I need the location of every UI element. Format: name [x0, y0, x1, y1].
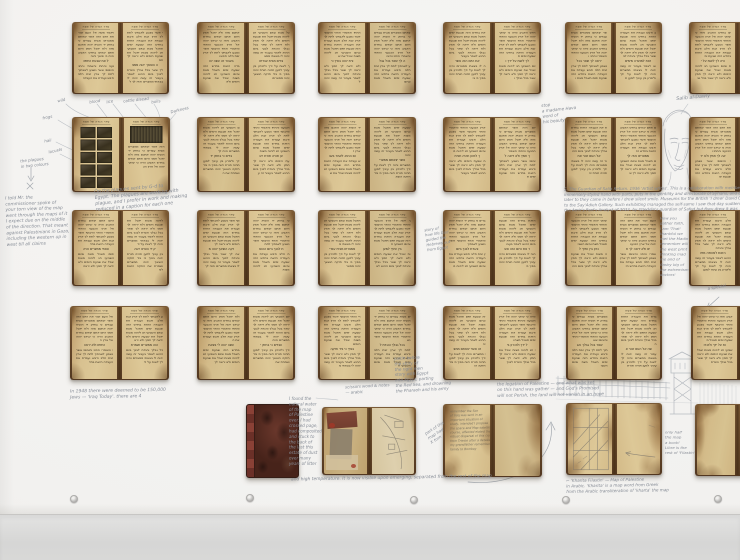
book-r2c6: סדר הגדה של פסחאת היום הזה אשר יצאתם ממצ… — [689, 117, 740, 192]
annotation-label-darkness: Darkness — [170, 110, 207, 121]
hebrew-text: ם תאכל מצת וביום השביעי חג ליהוה מצות יא… — [620, 159, 656, 175]
page-right: סדר הגדה של פסחיום השביעי חג ליהוה מצות … — [249, 307, 294, 379]
page-text-block: סדר הגדה של פסח שבעת ימים תאכל מצת וביום… — [370, 118, 415, 191]
page-left: סדר הגדה של פסחממצרים מבית עבדים כי בחזק… — [568, 307, 612, 379]
page-left: סדר הגדה של פסחשר יצאתם ממצרים מבית עבדי… — [567, 23, 611, 93]
annotation-line: Jews — 'Iraq Today'. there are 4 — [70, 393, 166, 401]
annotation-note-collage: part of thismap hadX torn — [424, 432, 468, 464]
plague-woodcut — [81, 177, 96, 188]
annotation-label-boils: boils — [151, 100, 170, 111]
hebrew-centered-line: עבדים כי בחזק י — [253, 343, 290, 348]
hebrew-centered-line: זאת למועדה מימים — [620, 59, 656, 64]
page-header: סדר הגדה של פסח — [503, 214, 532, 218]
page-right: סדר הגדה של פסחכל מצת וביום השביעי חג לי… — [249, 23, 294, 93]
page-text-block: סדר הגדה של פסחהחתי והאמרי והחוי והיבוסי… — [320, 23, 365, 93]
hebrew-text: הזאת בחדש הזה שבעת ימים תאכל מצת וביום ה… — [499, 219, 536, 247]
book-r3c3: סדר הגדה של פסחתאכל מצת וביום השביעי חג … — [318, 210, 416, 286]
hebrew-centered-line: ים ולא יראה לך ח — [620, 247, 656, 252]
page-text-block: סדר הגדה של פסח אל העם זכור את היום הזה … — [72, 307, 117, 379]
wall-below-board — [0, 514, 740, 560]
annotation-line: from the Arabic transliteration of 'khar… — [566, 487, 669, 494]
hebrew-text: עבור זה עשה יהוה לי בצאתי ממצרים והיה לך… — [621, 352, 657, 368]
plague-woodcut — [81, 127, 96, 138]
page-header: סדר הגדה של פסח — [625, 310, 653, 314]
plague-woodcut — [81, 140, 96, 151]
page-right: סדר הגדה של פסחהזאת בחדש הזה שבעת ימים ת… — [495, 211, 540, 285]
hebrew-text: זה שבעת ימים תאכל מצת וביום השביעי חג לי… — [449, 315, 486, 347]
annotation-text: story ofhow life Godguided theHebrews ou… — [424, 225, 451, 253]
page-header: סדר הגדה של פסח — [207, 310, 236, 314]
hebrew-text: כל מצת וביום השביעי חג ליהוה מצות יאכל א… — [253, 31, 290, 59]
hebrew-centered-line: הימים ולא יראה — [76, 343, 113, 348]
gallery-photo-scene: סדר הגדה של פסחויאמר משה אל העם זכור את … — [0, 0, 740, 560]
page-header: סדר הגדה של פסח — [378, 214, 407, 218]
page-header: סדר הגדה של פסח — [699, 26, 727, 30]
page-text-block: סדר הגדה של פסחויאמר משה אל העם זכור את … — [74, 23, 118, 93]
page-text-block: סדר הגדה של פסחרי והחוי והיבוסי אשר נשבע… — [320, 307, 365, 379]
book-r1c5: סדר הגדה של פסחשר יצאתם ממצרים מבית עבדי… — [565, 22, 662, 94]
hebrew-text: אה לך שאר בכל גבלך והגדת לבנך ביום ההוא … — [203, 252, 240, 268]
annotation-line: west till all claims — [7, 240, 70, 248]
hebrew-text: ולא יראה לך חמץ ולא יראה לך שאר בכל גבלך… — [324, 64, 361, 84]
hebrew-centered-line: זקה הוצאך יהוה מ — [203, 247, 240, 252]
hebrew-text: יום השביעי חג ליהוה מצות יאכל את שבעת הי… — [499, 64, 536, 80]
hebrew-text: שביעי חג ליהוה מצות יאכל את שבעת הימים ו… — [697, 348, 733, 364]
page-header: סדר הגדה של פסח — [328, 214, 357, 218]
hebrew-centered-line: ה לך שאר בכל גבל — [374, 59, 411, 64]
annotation-text: In 1948 there were deemed to be 150,000J… — [70, 387, 166, 401]
hebrew-text: ך יהוה אל ארץ הכנעני והחתי והאמרי והחוי … — [374, 219, 411, 247]
hebrew-text: בדת את העבדה הזאת בחדש הזה שבעת ימים תאכ… — [621, 315, 657, 347]
page-left: סדר הגדה של פסחהחתי והאמרי והחוי והיבוסי… — [320, 23, 365, 93]
annotation-text: only halfthe mapa book!Libre is therest … — [665, 430, 695, 456]
page-header: סדר הגדה של פסח — [257, 121, 286, 125]
hebrew-centered-line: בין עיניך למען — [374, 247, 411, 252]
page-header: סדר הגדה של פסח — [453, 26, 482, 30]
hebrew-text: חדש האביב והיה כי יביאך יהוה אל ארץ הכנע… — [499, 31, 536, 59]
book-r2c1-plagues: סדר הגדה של פסחסדר הגדה של פסחהזה אשר יצ… — [72, 117, 170, 192]
hebrew-text: יבוסי אשר נשבע לאבתיך לתת לך ארץ זבת חלב… — [499, 159, 536, 179]
hebrew-centered-line: היה לך לאות על י — [695, 59, 731, 64]
page-header: סדר הגדה של פסח — [132, 121, 161, 125]
book-gutter — [365, 23, 370, 93]
hebrew-centered-line: ר את היום הזה אש — [499, 247, 536, 252]
hebrew-text: לך לאות על ידך ולזכרון בין עיניך למען תה… — [324, 252, 361, 268]
annotation-text: frogs — [42, 114, 53, 121]
page-header: סדר הגדה של פסח — [207, 121, 236, 125]
hebrew-text: י והאמרי והחוי והיבוסי אשר נשבע לאבתיך ל… — [76, 348, 113, 364]
page-header: סדר הגדה של פסח — [207, 26, 236, 30]
hebrew-centered-line: ום ההוא לאמר בעב — [324, 154, 361, 159]
page-header: סדר הגדה של פסח — [453, 121, 482, 125]
annotation-text: scissors wood & notes— arabic — [345, 383, 390, 396]
book-r4c1: סדר הגדה של פסח אל העם זכור את היום הזה … — [70, 306, 169, 380]
annotation-label-frogs: frogs — [42, 116, 62, 127]
plague-woodcut — [97, 165, 112, 176]
book-gutter — [735, 23, 740, 93]
page-left: סדר הגדה של פסחים בחדש האביב והיה כי יבי… — [691, 23, 735, 93]
annotation-text: blood — [89, 98, 101, 105]
book-gutter — [490, 118, 495, 191]
page-left: סדר הגדה של פסח אתכם מזה ולא יאכל חמץ הי… — [199, 23, 244, 93]
page-right: סדר הגדה של פסח שבעת ימים תאכל מצת וביום… — [370, 118, 415, 191]
hebrew-text: ת וביום השביעי חג ליהוה מצות יאכל את שבע… — [695, 64, 731, 80]
hebrew-text: וא לאמר בעבור זה עשה יהוה לי בצאתי ממצרי… — [620, 64, 656, 80]
page-text-block: סדר הגדה של פסח אתכם מזה ולא יאכל חמץ הי… — [199, 23, 244, 93]
hebrew-centered-line: בפיך כי ביד חזקה — [324, 347, 361, 352]
plague-woodcut — [97, 177, 112, 188]
hebrew-text: ב ודבש ועבדת את העבדה הזאת בחדש הזה שבעת… — [620, 31, 656, 59]
hebrew-text: ם השביעי חג ליהוה מצות יאכל את שבעת הימי… — [203, 126, 240, 154]
book-gutter — [490, 211, 495, 285]
page-right: סדר הגדה של פסחצאתם ממצרים מבית עבדים כי… — [370, 23, 415, 93]
page-header: סדר הגדה של פסח — [328, 26, 357, 30]
book-gutter — [244, 23, 249, 93]
annotation-note-madame-hava: stopa madame Havaword ofhis beauty — [541, 103, 610, 147]
page-header: סדר הגדה של פסח — [378, 26, 407, 30]
hebrew-centered-line: את היום הזה אשר — [449, 59, 486, 64]
annotation-line: doctors' — [660, 273, 689, 278]
hebrew-text: והיה כי יביאך יהוה אל ארץ הכנעני והחתי ו… — [499, 315, 536, 343]
page-text-block: סדר הגדה של פסחיום השביעי חג ליהוה מצות … — [249, 307, 294, 379]
hebrew-text: שר יצאתם ממצרים מבית עבדים כי בחזק יד הו… — [571, 31, 607, 59]
page-text-block: סדר הגדה של פסח ולא יאכל חמץ היום אתם יצ… — [199, 307, 244, 379]
page-text-block: סדר הגדה של פסחים בחדש האביב והיה כי יבי… — [691, 23, 735, 93]
page-header: סדר הגדה של פסח — [378, 121, 407, 125]
book-r4c5: סדר הגדה של פסחממצרים מבית עבדים כי בחזק… — [566, 306, 662, 380]
page-header: סדר הגדה של פסח — [624, 121, 652, 125]
hebrew-centered-line: ות על ידך ולזכרו — [697, 343, 733, 348]
book-r1c3: סדר הגדה של פסחהחתי והאמרי והחוי והיבוסי… — [318, 22, 416, 94]
page-header: סדר הגדה של פסח — [699, 121, 727, 125]
page-header: סדר הגדה של פסח — [80, 310, 109, 314]
annotation-text: stopa madame Havaword ofhis beauty — [541, 99, 578, 125]
hebrew-centered-line: ורת יהוה בפיך כי — [324, 59, 361, 64]
hebrew-centered-line: הוה ממצרים ושמרת — [126, 343, 163, 348]
annotation-note-left-margin: I told Mr. thecommissioner spoke ofyour … — [5, 196, 131, 300]
hebrew-centered-line: אה לך חמץ ולא יר — [695, 154, 731, 159]
book-gutter — [365, 307, 370, 379]
page-header: סדר הגדה של פסח — [453, 214, 482, 218]
hebrew-text: לך שאר בכל גבלך והגדת לבנך ביום ההוא לאמ… — [127, 68, 163, 84]
hebrew-text: ממצרים והיה לך לאות על ידך ולזכרון בין ע… — [374, 163, 411, 179]
hebrew-text: יום הזה אשר יצאתם ממצרים מבית עבדים כי ב… — [499, 126, 536, 154]
hebrew-centered-line: בכל גבלך והגדת ל — [374, 343, 411, 348]
hebrew-text: ויאמר משה אל העם זכור את היום הזה אשר יצ… — [78, 31, 114, 59]
annotation-text: ⌐ 'Kharita Filastin' — Map of Palestinei… — [566, 476, 669, 494]
book-r1c2: סדר הגדה של פסח אתכם מזה ולא יאכל חמץ הי… — [197, 22, 295, 94]
page-text-block: סדר הגדה של פסחהזה אשר יצאתם ממצרים מבית… — [124, 118, 169, 191]
annotation-text: S. The Guardian of Salib Return. 1936 'A… — [564, 185, 740, 213]
page-text-block: סדר הגדה של פסחם אתם יצאים בחדש האביב וה… — [616, 118, 660, 191]
annotation-note-scissors: scissors wood & notes— arabic — [345, 385, 434, 406]
hebrew-text: ע לאבתיך לתת לך ארץ זבת חלב ודבש ועבדת א… — [374, 64, 411, 84]
page-text-block: סדר הגדה של פסחך יהוה אל ארץ הכנעני והחת… — [370, 211, 415, 285]
annotation-text: boils — [151, 99, 161, 106]
plague-woodcut — [97, 152, 112, 163]
page-text-block: סדר הגדה של פסחשר יצאתם ממצרים מבית עבדי… — [567, 23, 611, 93]
hebrew-text: נשבע לאבתיך לתת לך ארץ זבת חלב ודבש ועבד… — [571, 64, 607, 80]
annotation-line: wild — [57, 97, 66, 104]
annotation-note-kharita: ⌐ 'Kharita Filastin' — Map of Palestinei… — [566, 478, 740, 510]
book-r2c4: סדר הגדה של פסח ארץ הכנעני והחתי והאמרי … — [443, 117, 541, 192]
book-gutter — [244, 307, 249, 379]
hebrew-text: ש ועבדת את העבדה הזאת בחדש הזה שבעת ימים… — [324, 159, 361, 175]
hebrew-text: בין עיניך למען תהיה תורת יהוה בפיך כי בי… — [127, 252, 163, 272]
annotation-text: wild — [57, 97, 66, 104]
hebrew-text: ת שבעת הימים ולא יראה לך חמץ ולא יראה לך… — [449, 159, 486, 175]
page-right: סדר הגדה של פסחבדת את העבדה הזאת בחדש הז… — [617, 307, 661, 379]
page-text-block: סדר הגדה של פסחכל מצת וביום השביעי חג לי… — [249, 23, 294, 93]
portrait-sketch — [663, 110, 692, 186]
book-r1c1: סדר הגדה של פסחויאמר משה אל העם זכור את … — [72, 22, 169, 94]
book-gutter — [735, 118, 740, 191]
page-right: סדר הגדה של פסחך יהוה אל ארץ הכנעני והחת… — [370, 211, 415, 285]
hebrew-text: כל גבלך והגדת לבנך ביום ההוא לאמר בעבור … — [126, 348, 163, 364]
book-gutter — [244, 118, 249, 191]
hebrew-centered-line: ען תהיה תורת יהו — [253, 154, 290, 159]
hebrew-text: י אשר נשבע לאבתיך לתת לך ארץ זבת חלב ודב… — [127, 31, 163, 63]
page-right: סדר הגדה של פסחחדש האביב והיה כי יביאך י… — [495, 23, 540, 93]
page-header: סדר הגדה של פסח — [575, 26, 603, 30]
hebrew-text: ידך ולזכרון בין עיניך למען תהיה תורת יהו… — [253, 348, 290, 364]
hebrew-centered-line: לך לאות על ידך ו — [499, 59, 536, 64]
book-gutter — [612, 307, 617, 379]
hebrew-text: החתי והאמרי והחוי והיבוסי אשר נשבע לאבתי… — [324, 31, 361, 59]
book-r2c2: סדר הגדה של פסחם השביעי חג ליהוה מצות יא… — [197, 117, 295, 192]
book-gutter — [735, 405, 740, 475]
page-header: סדר הגדה של פסח — [328, 121, 357, 125]
hebrew-centered-line: יראה לך שאר בכל — [571, 59, 607, 64]
page-header: סדר הגדה של פסח — [82, 26, 110, 30]
hebrew-text: דך ולזכרון בין עיניך למען תהיה תורת יהוה… — [203, 159, 240, 175]
page-right: סדר הגדה של פסחיום הזה אשר יצאתם ממצרים … — [495, 118, 540, 191]
hebrew-text: ארץ הכנעני והחתי והאמרי והחוי והיבוסי אש… — [449, 126, 486, 154]
hebrew-centered-line: ל את שבעת הימים — [78, 59, 114, 64]
hebrew-text: יום השביעי חג ליהוה מצות יאכל את שבעת הי… — [253, 315, 290, 343]
hebrew-text: אתכם מזה ולא יאכל חמץ היום אתם יצאים בחד… — [203, 31, 240, 59]
hebrew-text: ם אתם יצאים בחדש האביב והיה כי יביאך יהו… — [620, 126, 656, 154]
hebrew-centered-line: ת לבנך ביום ההוא — [253, 247, 290, 252]
hebrew-text: ות יאכל את שבעת הימים ולא יראה לך חמץ ול… — [374, 252, 411, 268]
annotation-text: I told Mr. thecommissioner spoke ofyour … — [5, 194, 70, 248]
annotation-line: lice — [106, 99, 114, 105]
book-gutter — [119, 118, 124, 191]
page-right: סדר הגדה של פסח הכנעני והחתי והאמרי והחו… — [249, 118, 294, 191]
page-header: סדר הגדה של פסח — [328, 310, 357, 314]
annotation-note-special: a special — [707, 286, 740, 297]
page-left: סדר הגדה של פסחרי והחוי והיבוסי אשר נשבע… — [320, 307, 365, 379]
hebrew-text: ממצרים מבית עבדים כי בחזק יד הוציא יהוה … — [572, 315, 608, 343]
page-left: סדר הגדה של פסחאת היום הזה אשר יצאתם ממצ… — [691, 118, 735, 191]
page-header: סדר הגדה של פסח — [624, 26, 652, 30]
annotation-label-wild: wild — [57, 99, 73, 110]
page-header: סדר הגדה של פסח — [257, 26, 286, 30]
page-header: סדר הגדה של פסח — [82, 121, 111, 125]
hebrew-text: תיך לתת לך ארץ זבת חלב ודבש ועבדת את העב… — [572, 348, 608, 368]
hebrew-text: הכנעני והחתי והאמרי והחוי והיבוסי אשר נש… — [253, 126, 290, 154]
page-header: סדר הגדה של פסח — [130, 310, 159, 314]
hebrew-text: ור זה עשה יהוה לי בצאתי ממצרים והיה לך ל… — [571, 159, 607, 175]
hebrew-text: נעני והחתי והאמרי והחוי והיבוסי אשר נשבע… — [78, 64, 114, 80]
annotation-note-exodus-column: story ofhow life Godguided theHebrews ou… — [424, 228, 472, 278]
page-text-block: סדר הגדה של פסחתאכל מצת וביום השביעי חג … — [320, 211, 365, 285]
annotation-text: I found thenatural waterof the mapof Pal… — [289, 396, 322, 466]
hebrew-text: אל העם זכור את היום הזה אשר יצאתם ממצרים… — [76, 315, 113, 343]
page-left: סדר הגדה של פסחויאמר משה אל העם זכור את … — [74, 23, 118, 93]
hebrew-text: ע לאבתיך לתת לך ארץ זבת חלב ודבש ועבדת א… — [126, 315, 163, 343]
page-left: סדר הגדה של פסחאת בחדש הזה שבעת ימים תאכ… — [445, 23, 490, 93]
page-right: סדר הגדה של פסחם אתם יצאים בחדש האביב וה… — [616, 118, 660, 191]
book-r1c6: סדר הגדה של פסחים בחדש האביב והיה כי יבי… — [689, 22, 740, 94]
hebrew-text: שבעת ימים תאכל מצת וביום השביעי חג ליהוה… — [374, 126, 411, 158]
hebrew-text: ים מבית עבדים כי בחזק יד הוציא יהוה אתכם… — [374, 315, 411, 343]
annotation-text: How yougather faith,I am 'That'thankful … — [660, 216, 689, 278]
hebrew-text: ה לי בצאתי ממצרים והיה לך לאות על ידך ול… — [449, 64, 486, 80]
book-gutter — [490, 23, 495, 93]
annotation-line: cattle disead — [123, 96, 149, 104]
page-text-block: סדר הגדה של פסחחדש האביב והיה כי יביאך י… — [495, 23, 540, 93]
annotation-note-column-r3: How yougather faith,I am 'That'thankful … — [660, 216, 717, 339]
page-left: סדר הגדה של פסחתאכל מצת וביום השביעי חג … — [320, 211, 365, 285]
annotation-line: boils — [151, 99, 161, 106]
annotation-line: will not Perish, the land will not vanis… — [497, 391, 604, 399]
hebrew-text: ים בחדש האביב והיה כי יביאך יהוה אל ארץ … — [695, 31, 731, 59]
page-left: סדר הגדה של פסח — [74, 118, 119, 191]
page-text-block: סדר הגדה של פסחע לאבתיך לתת לך ארץ זבת ח… — [122, 307, 167, 379]
annotation-text: the legation of Palestine — and what was… — [497, 380, 604, 399]
hebrew-text: לך חמץ ולא יראה לך שאר בכל גבלך והגדת לב… — [324, 352, 361, 368]
hebrew-centered-line: ממצרים מבית עבדי — [324, 247, 361, 252]
page-left: סדר הגדה של פסחם השביעי חג ליהוה מצות יא… — [199, 118, 244, 191]
hebrew-centered-line: כרון בין עיניך ל — [571, 247, 607, 252]
annotation-line: blood — [89, 98, 101, 105]
hebrew-centered-line: ך למען תהיה תורת — [449, 154, 486, 159]
page-right: סדר הגדה של פסחהזה אשר יצאתם ממצרים מבית… — [124, 118, 169, 191]
book-r4c2: סדר הגדה של פסח ולא יאכל חמץ היום אתם יצ… — [197, 306, 295, 380]
hebrew-text: ה מצות יאכל את שבעת הימים ולא יראה לך חמ… — [571, 252, 607, 268]
hebrew-centered-line: עשה יהוה לי בצאת — [203, 343, 240, 348]
hebrew-text: ת חלב ודבש ועבדת את העבדה הזאת בחדש הזה … — [253, 252, 290, 272]
annotation-line: the Amir's Part's Analyst of 2022, by Iz… — [564, 206, 740, 213]
annotation-line: rest of 'Filastin' — [665, 451, 695, 456]
hebrew-centered-line: ממצרים והיה לך — [620, 154, 656, 159]
annotation-label-lice: lice — [106, 100, 120, 111]
hebrew-centered-line: בדים כי בחזק יד — [203, 154, 240, 159]
annotation-note-iraq-1948: In 1948 there were deemed to be 150,000J… — [70, 389, 262, 413]
page-text-block: סדר הגדה של פסחממצרים מבית עבדים כי בחזק… — [568, 307, 612, 379]
board-pin — [70, 495, 78, 503]
page-header: סדר הגדה של פסח — [257, 310, 286, 314]
annotation-text: hail — [44, 138, 52, 144]
annotation-line: years of litter — [289, 461, 322, 466]
page-header: סדר הגדה של פסח — [503, 121, 532, 125]
book-gutter — [365, 118, 370, 191]
hebrew-text: יד הוציא יהוה אתכם מזה ולא יאכל חמץ היום… — [324, 126, 361, 154]
hebrew-centered-line: ך חמץ ולא יראה ל — [499, 154, 536, 159]
woodcut-illustration — [130, 126, 163, 143]
book-gutter — [737, 307, 740, 379]
page-text-block: סדר הגדה של פסחיד הוציא יהוה אתכם מזה ול… — [320, 118, 365, 191]
hebrew-centered-line: זה אשר יצאתם ממצ — [449, 347, 486, 352]
page-header: סדר הגדה של פסח — [453, 310, 482, 314]
hebrew-text: הוה לי בצאתי ממצרים והיה לך לאות על ידך … — [499, 252, 536, 268]
hebrew-centered-line: ל ידך ולזכרון בי — [499, 343, 536, 348]
hebrew-text: את בחדש הזה שבעת ימים תאכל מצת וביום השב… — [449, 31, 486, 59]
hebrew-text: רי והחוי והיבוסי אשר נשבע לאבתיך לתת לך … — [324, 315, 361, 347]
page-header: סדר הגדה של פסח — [503, 310, 532, 314]
hebrew-centered-line: ק יד הוציא יהוה — [127, 247, 163, 252]
hebrew-text: אמרי והחוי והיבוסי אשר נשבע לאבתיך לתת ל… — [620, 252, 656, 268]
page-text-block: סדר הגדה של פסחי אשר נשבע לאבתיך לתת לך … — [123, 23, 167, 93]
page-left: סדר הגדה של פסח ארץ הכנעני והחתי והאמרי … — [445, 118, 490, 191]
book-r2c3: סדר הגדה של פסחיד הוציא יהוה אתכם מזה ול… — [318, 117, 416, 192]
annotation-text: the plaguesin two colours — [20, 156, 49, 169]
hebrew-centered-line: ה הוצאך יהוה ממצ — [127, 63, 163, 68]
page-text-block: סדר הגדה של פסחהזאת בחדש הזה שבעת ימים ת… — [495, 211, 540, 285]
hebrew-text: י והיבוסי אשר נשבע לאבתיך לתת לך ארץ זבת… — [695, 159, 731, 179]
annotation-note-half-map: only halfthe mapa book!Libre is therest … — [665, 430, 725, 481]
board-pin — [246, 494, 254, 502]
page-header: סדר הגדה של פסח — [378, 310, 407, 314]
page-text-block: סדר הגדה של פסחאת בחדש הזה שבעת ימים תאכ… — [445, 23, 490, 93]
page-text-block: סדר הגדה של פסחם השביעי חג ליהוה מצות יא… — [199, 118, 244, 191]
page-text-block: סדר הגדה של פסחב ודבש ועבדת את העבדה הזא… — [616, 23, 660, 93]
plague-grid-block: סדר הגדה של פסח — [74, 118, 119, 191]
hebrew-text: בדה הזאת בחדש הזה שבעת ימים תאכל מצת ובי… — [203, 64, 240, 84]
page-text-block: סדר הגדה של פסחצאתם ממצרים מבית עבדים כי… — [370, 23, 415, 93]
annotation-note-plagues-colours: the plaguesin two colours — [20, 159, 76, 180]
hebrew-centered-line: צרים מבית עבדים — [253, 59, 290, 64]
hebrew-centered-line: אל העם זכור את — [571, 154, 607, 159]
hebrew-text: את היום הזה אשר יצאתם ממצרים מבית עבדים … — [695, 126, 731, 154]
hebrew-text: בחדש הזה שבעת ימים תאכל מצת וביום השביעי… — [203, 348, 240, 364]
hebrew-text: ולא יאכל חמץ היום אתם יצאים בחדש האביב ו… — [203, 315, 240, 343]
annotation-line: frogs — [42, 114, 53, 121]
page-header: סדר הגדה של פסח — [131, 26, 159, 30]
hebrew-text: עת הימים ולא יראה לך חמץ ולא יראה לך שאר… — [253, 159, 290, 175]
hebrew-centered-line: שה אל העם זכור א — [621, 347, 657, 352]
plague-woodcut — [81, 152, 96, 163]
page-header: סדר הגדה של פסח — [576, 310, 604, 314]
annotation-note-salib: Salib al-Dawly — [676, 96, 740, 109]
page-text-block: סדר הגדה של פסחיום הזה אשר יצאתם ממצרים … — [495, 118, 540, 191]
page-left: סדר הגדה של פסח אל העם זכור את היום הזה … — [72, 307, 117, 379]
annotation-note-legation: the legation of Palestine — and what was… — [497, 382, 711, 416]
board-pin — [410, 496, 418, 504]
page-left: סדר הגדה של פסח ולא יאכל חמץ היום אתם יצ… — [199, 307, 244, 379]
hebrew-text: הזה אשר יצאתם ממצרים מבית עבדים כי בחזק … — [128, 145, 165, 169]
plague-woodcut-grid — [78, 126, 115, 189]
book-gutter — [365, 211, 370, 285]
hebrew-centered-line: שאר בכל גבלך והג — [572, 343, 608, 348]
annotation-text: cattle disead — [123, 96, 149, 104]
hebrew-text: צאתם ממצרים מבית עבדים כי בחזק יד הוציא … — [374, 31, 411, 59]
annotation-line: hail — [44, 138, 52, 144]
page-right: סדר הגדה של פסחב ודבש ועבדת את העבדה הזא… — [616, 23, 660, 93]
page-right: סדר הגדה של פסחי אשר נשבע לאבתיך לתת לך … — [123, 23, 167, 93]
page-text-block: סדר הגדה של פסח הכנעני והחתי והאמרי והחו… — [249, 118, 294, 191]
plague-woodcut — [97, 140, 112, 151]
page-text-block: סדר הגדה של פסח ארץ הכנעני והחתי והאמרי … — [445, 118, 490, 191]
page-left: סדר הגדה של פסחיד הוציא יהוה אתכם מזה ול… — [320, 118, 365, 191]
page-right: סדר הגדה של פסחע לאבתיך לתת לך ארץ זבת ח… — [122, 307, 167, 379]
page-header: סדר הגדה של פסח — [503, 26, 532, 30]
hebrew-text: ך לאות על ידך ולזכרון בין עיניך למען תהי… — [253, 64, 290, 80]
book-r1c4: סדר הגדה של פסחאת בחדש הזה שבעת ימים תאכ… — [443, 22, 541, 94]
page-text-block: סדר הגדה של פסחאת היום הזה אשר יצאתם ממצ… — [691, 118, 735, 191]
plague-woodcut — [81, 165, 96, 176]
